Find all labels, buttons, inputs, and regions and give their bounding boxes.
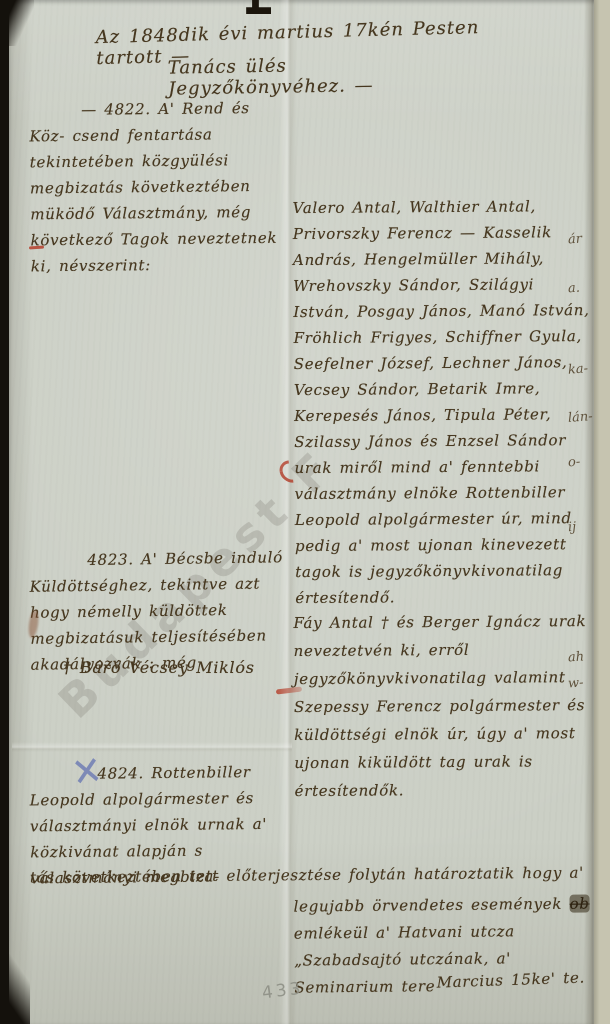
entry-4822-right-paragraph: Valero Antal, Walthier Antal, Privorszky… xyxy=(293,193,596,611)
scan-shadow-bottom-left xyxy=(0,954,30,1024)
edge-fragment: ár xyxy=(567,232,582,248)
header-title-line: Tanács ülés Jegyzőkönyvéhez. — xyxy=(168,52,469,99)
edge-fragment: ij xyxy=(567,520,576,536)
manuscript-scan: Budapest F Az 1848dik évi martius 17kén … xyxy=(0,0,610,1024)
right-edge-text-fragments: ár a. ka- lán- o- ij ah w- xyxy=(566,0,600,1024)
entry-4823-name-line: † Báró Vécsey Miklós xyxy=(30,655,288,681)
edge-fragment: w- xyxy=(567,675,584,691)
entry-4822-left-paragraph: — 4822. A' Rend és Köz- csend fentartása… xyxy=(29,95,287,280)
entry-4823-right-paragraph: Fáy Antal † és Berger Ignácz urak nevezt… xyxy=(293,607,596,805)
blue-pencil-cross-mark: ✕ xyxy=(69,748,105,797)
edge-fragment: lán- xyxy=(568,409,594,426)
edge-fragment: ah xyxy=(567,649,584,665)
edge-fragment: o- xyxy=(567,455,580,471)
scan-shadow-top-left xyxy=(0,0,34,46)
edge-fragment: ka- xyxy=(568,361,589,377)
horizontal-crease xyxy=(12,742,292,752)
edge-fragment: a. xyxy=(567,281,580,297)
entry-4824-bridge-line: tás következtében tett előterjesztése fo… xyxy=(30,860,596,891)
entry-4824-right-text-a: legujabb örvendetes események xyxy=(293,895,569,916)
